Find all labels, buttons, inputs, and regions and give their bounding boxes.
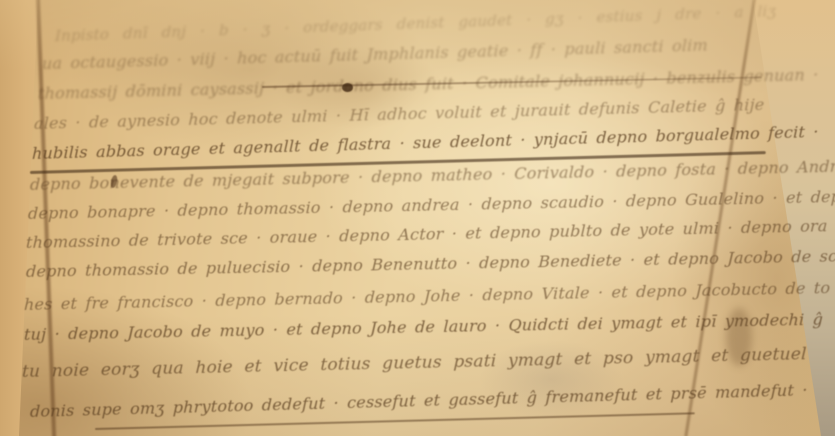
ink-blot (342, 83, 353, 92)
manuscript-line: depno thomassio de puluecisio · depno Be… (26, 245, 835, 282)
manuscript-line: tu noie eorʒ qua hoie et vice totius gue… (22, 344, 807, 382)
photo-haze (0, 0, 835, 70)
manuscript-line: donis supe omʒ phrytotoo dedefut · cesse… (30, 380, 808, 422)
manuscript-line: hes et fre francisco · depno bernado · d… (24, 277, 835, 315)
manuscript-line: tuj · depno Jacobo de muyo · et depno Jo… (24, 310, 824, 345)
manuscript-photo: Inpisto dnī dnj · b · ʒ · ordeggars deni… (0, 0, 835, 436)
